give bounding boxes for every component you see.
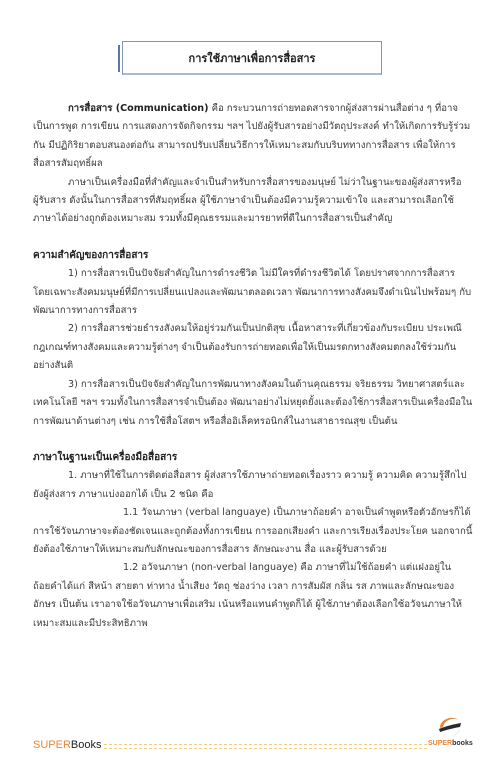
importance-item-2: 2) การสื่อสารช่วยธำรงสังคมให้อยู่ร่วมกัน… (33, 320, 473, 375)
document-body: การสื่อสาร (Communication) คือ กระบวนการ… (33, 100, 473, 633)
language-sub-verbal: 1.1 วัจนภาษา (verbal languaye) เป็นภาษาถ… (33, 504, 473, 559)
section-heading-language-tool: ภาษาในฐานะเป็นเครื่องมือสื่อสาร (33, 449, 473, 467)
superbooks-logo-icon (436, 714, 464, 740)
spacer (33, 431, 473, 449)
intro-paragraph-2: ภาษาเป็นเครื่องมือที่สำคัญและจำเป็นสำหรั… (33, 174, 473, 229)
spacer (33, 229, 473, 247)
importance-item-1: 1) การสื่อสารเป็นปัจจัยสำคัญในการดำรงชีว… (33, 265, 473, 320)
language-sub-nonverbal: 1.2 อวัจนภาษา (non-verbal languaye) คือ … (33, 559, 473, 633)
page-footer: SUPERBooks (33, 738, 473, 752)
superbooks-logo-text: SUPERbooks (428, 740, 473, 747)
intro-paragraph: การสื่อสาร (Communication) คือ กระบวนการ… (33, 100, 473, 174)
title-box: การใช้ภาษาเพื่อการสื่อสาร (122, 41, 382, 75)
page-title: การใช้ภาษาเพื่อการสื่อสาร (189, 49, 316, 67)
intro-term: การสื่อสาร (Communication) (68, 103, 209, 114)
importance-item-3: 3) การสื่อสารเป็นปัจจัยสำคัญในการพัฒนาทา… (33, 376, 473, 431)
footer-brand-books: Books (71, 739, 102, 751)
language-item-1: 1. ภาษาที่ใช้ในการติดต่อสื่อสาร ผู้ส่งสา… (33, 467, 473, 504)
section-heading-importance: ความสำคัญของการสื่อสาร (33, 247, 473, 265)
footer-divider (104, 744, 427, 749)
footer-brand-super: SUPER (33, 739, 71, 751)
title-accent-bar (118, 45, 120, 72)
